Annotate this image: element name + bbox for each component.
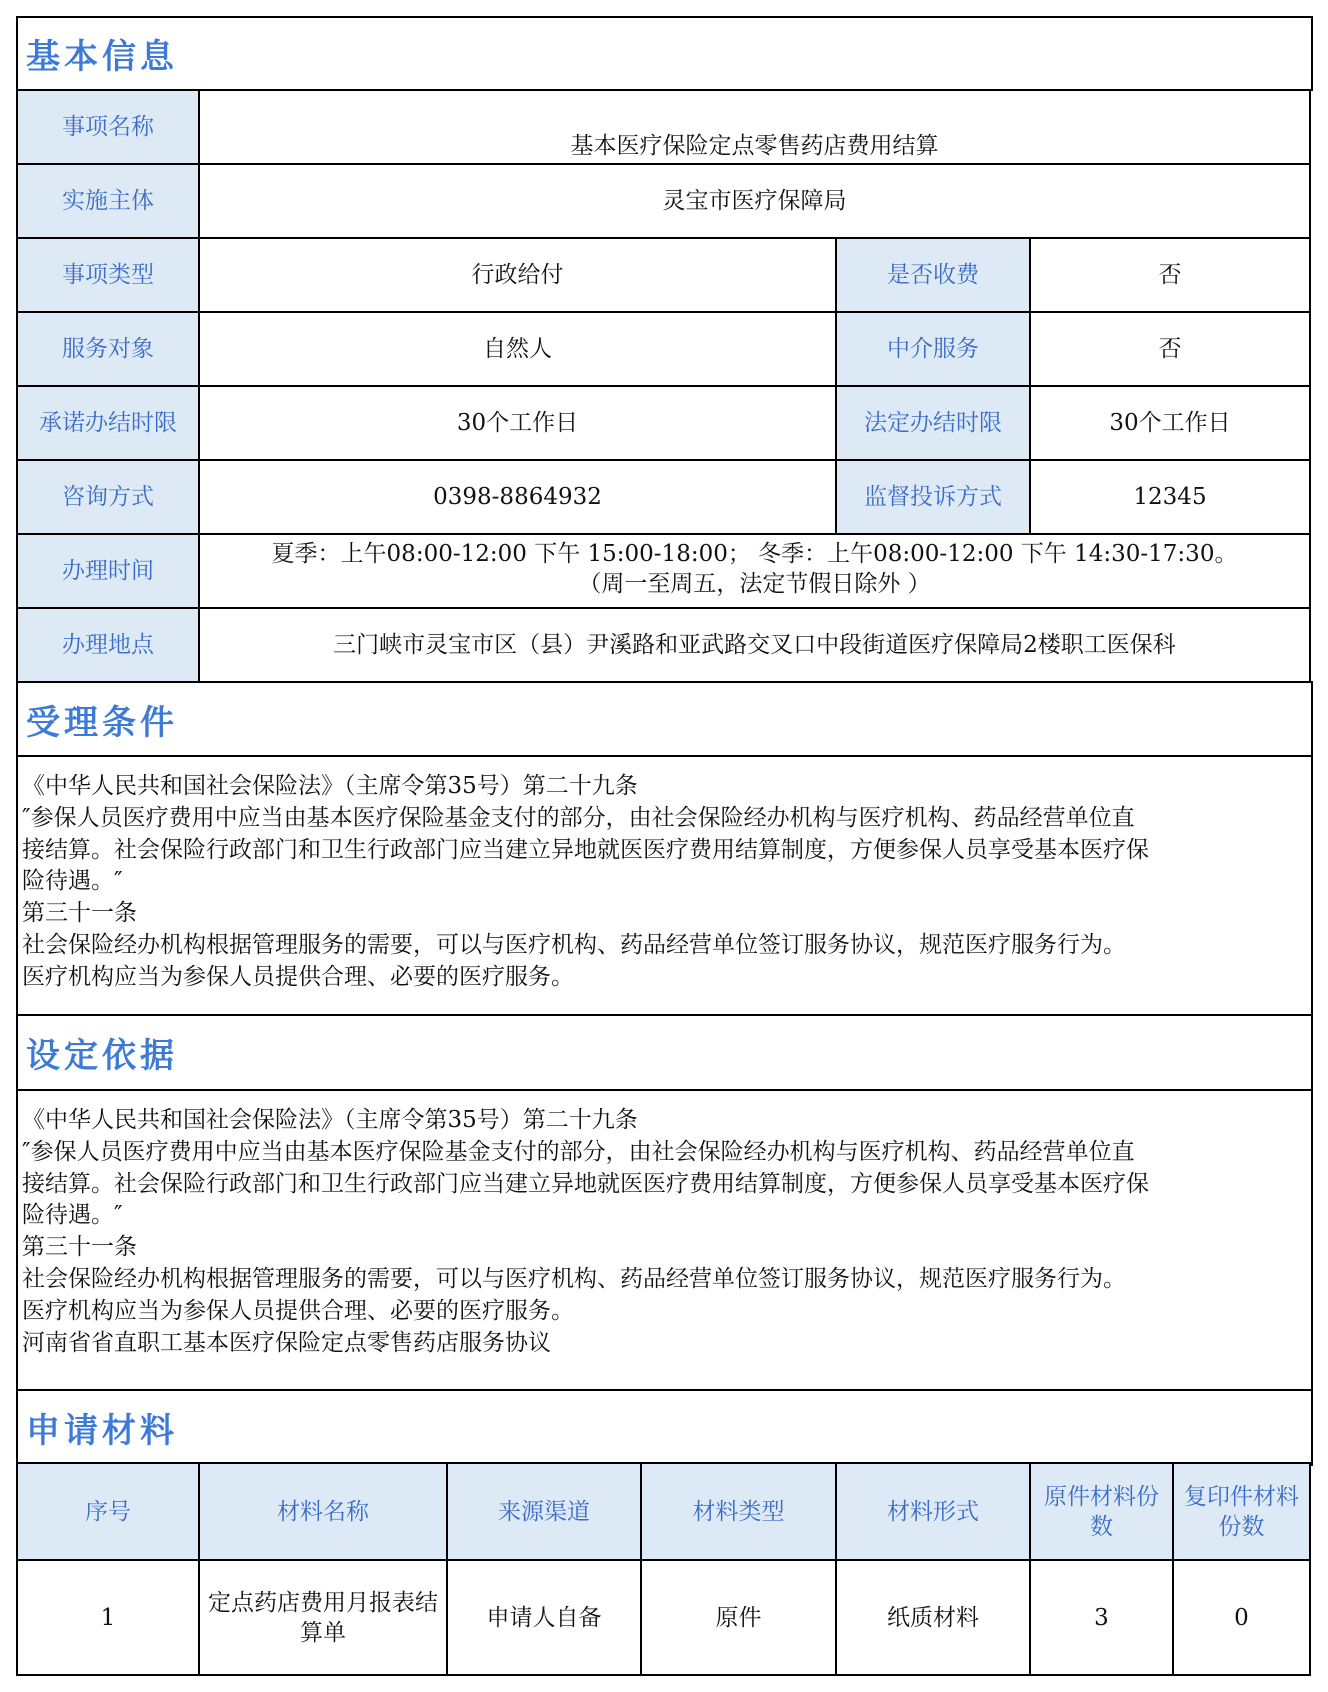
materials-header-original-count: 原件材料份数 [1029,1462,1174,1561]
acceptance-line: 第三十一条 [22,898,1307,930]
basis-line: 社会保险经办机构根据管理服务的需要，可以与医疗机构、药品经营单位签订服务协议，规… [22,1264,1307,1296]
label-fee: 是否收费 [835,237,1031,313]
acceptance-line: 《中华人民共和国社会保险法》（主席令第35号）第二十九条 [22,771,1307,803]
label-service-target: 服务对象 [16,311,200,387]
acceptance-line: 医疗机构应当为参保人员提供合理、必要的医疗服务。 [22,962,1307,994]
basis-line: 《中华人民共和国社会保险法》（主席令第35号）第二十九条 [22,1105,1307,1137]
acceptance-text: 《中华人民共和国社会保险法》（主席令第35号）第二十九条 ″参保人员医疗费用中应… [16,755,1313,1016]
hours-line-2: （周一至周五，法定节假日除外 ） [578,569,930,599]
label-item-name: 事项名称 [16,89,200,165]
label-legal-limit: 法定办结时限 [835,385,1031,461]
label-complaint: 监督投诉方式 [835,459,1031,535]
material-cell-original-count: 3 [1029,1559,1174,1676]
materials-header-copy-count: 复印件材料份数 [1172,1462,1311,1561]
material-cell-form: 纸质材料 [835,1559,1031,1676]
materials-header-type: 材料类型 [640,1462,837,1561]
label-item-type: 事项类型 [16,237,200,313]
label-location: 办理地点 [16,607,200,683]
materials-header-form: 材料形式 [835,1462,1031,1561]
hours-line-1: 夏季：上午08:00-12:00 下午 15:00-18:00； 冬季：上午08… [272,539,1238,569]
acceptance-line: 社会保险经办机构根据管理服务的需要，可以与医疗机构、药品经营单位签订服务协议，规… [22,930,1307,962]
material-cell-name: 定点药店费用月报表结算单 [198,1559,448,1676]
value-implementer: 灵宝市医疗保障局 [198,163,1311,239]
value-hours: 夏季：上午08:00-12:00 下午 15:00-18:00； 冬季：上午08… [198,533,1311,609]
value-promised-limit: 30个工作日 [198,385,837,461]
material-cell-type: 原件 [640,1559,837,1676]
acceptance-line: ″参保人员医疗费用中应当由基本医疗保险基金支付的部分，由社会保险经办机构与医疗机… [22,803,1307,835]
value-legal-limit: 30个工作日 [1029,385,1311,461]
acceptance-line: 险待遇。″ [22,866,1307,898]
material-cell-copy-count: 0 [1172,1559,1311,1676]
label-promised-limit: 承诺办结时限 [16,385,200,461]
basis-line: 医疗机构应当为参保人员提供合理、必要的医疗服务。 [22,1296,1307,1328]
value-intermediary: 否 [1029,311,1311,387]
basis-line: 第三十一条 [22,1232,1307,1264]
materials-header-name: 材料名称 [198,1462,448,1561]
label-consult: 咨询方式 [16,459,200,535]
basis-line: 险待遇。″ [22,1200,1307,1232]
section-title-acceptance: 受理条件 [16,681,1313,757]
label-intermediary: 中介服务 [835,311,1031,387]
value-complaint-phone: 12345 [1029,459,1311,535]
label-implementer: 实施主体 [16,163,200,239]
basis-line: 接结算。社会保险行政部门和卫生行政部门应当建立异地就医医疗费用结算制度，方便参保… [22,1169,1307,1201]
value-location: 三门峡市灵宝市区（县）尹溪路和亚武路交叉口中段街道医疗保障局2楼职工医保科 [198,607,1311,683]
acceptance-line: 接结算。社会保险行政部门和卫生行政部门应当建立异地就医医疗费用结算制度，方便参保… [22,835,1307,867]
label-hours: 办理时间 [16,533,200,609]
value-consult-phone: 0398-8864932 [198,459,837,535]
basis-text: 《中华人民共和国社会保险法》（主席令第35号）第二十九条 ″参保人员医疗费用中应… [16,1089,1313,1391]
section-title-basis: 设定依据 [16,1014,1313,1091]
value-item-type: 行政给付 [198,237,837,313]
value-service-target: 自然人 [198,311,837,387]
section-title-basic-info: 基本信息 [16,16,1313,91]
material-cell-index: 1 [16,1559,200,1676]
value-item-name: 基本医疗保险定点零售药店费用结算 [198,89,1311,165]
material-cell-source: 申请人自备 [446,1559,642,1676]
section-title-materials: 申请材料 [16,1389,1313,1466]
materials-header-source: 来源渠道 [446,1462,642,1561]
basis-line: 河南省省直职工基本医疗保险定点零售药店服务协议 [22,1328,1307,1360]
basis-line: ″参保人员医疗费用中应当由基本医疗保险基金支付的部分，由社会保险经办机构与医疗机… [22,1137,1307,1169]
materials-header-index: 序号 [16,1462,200,1561]
value-fee: 否 [1029,237,1311,313]
